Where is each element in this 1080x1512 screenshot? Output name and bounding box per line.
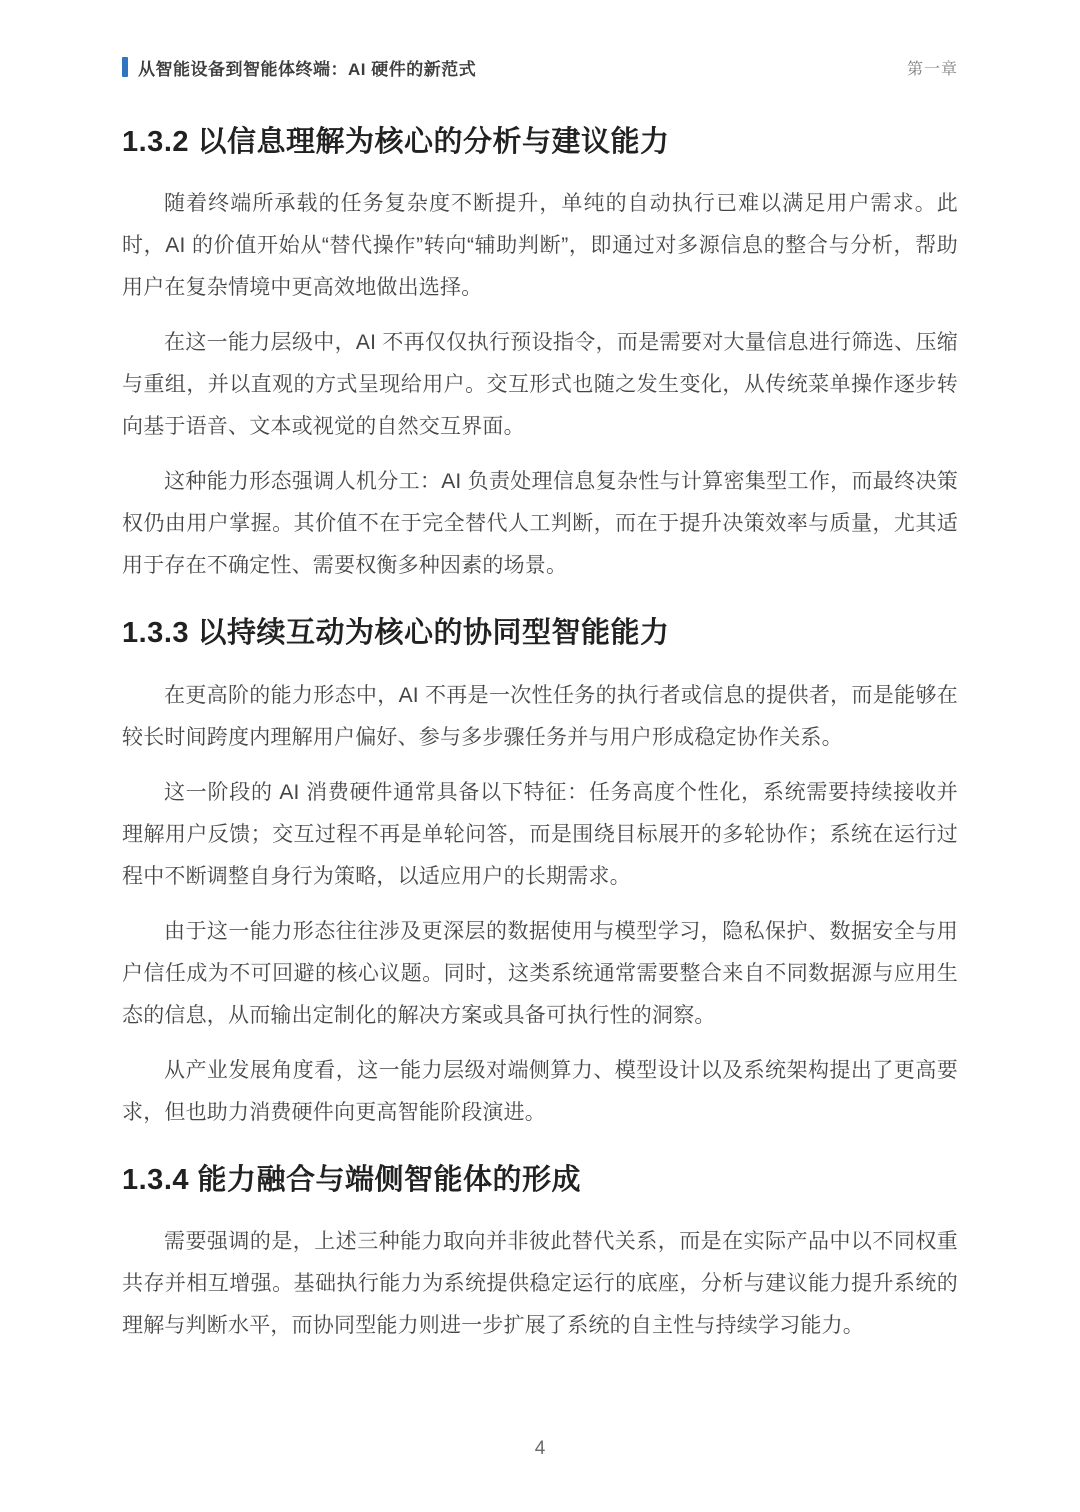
paragraph: 在更高阶的能力形态中，AI 不再是一次性任务的执行者或信息的提供者，而是能够在较… bbox=[122, 675, 958, 759]
paragraph: 由于这一能力形态往往涉及更深层的数据使用与模型学习，隐私保护、数据安全与用户信任… bbox=[122, 911, 958, 1037]
page-header: 从智能设备到智能体终端：AI 硬件的新范式 第一章 bbox=[122, 54, 958, 80]
paragraph: 需要强调的是，上述三种能力取向并非彼此替代关系，而是在实际产品中以不同权重共存并… bbox=[122, 1221, 958, 1347]
page-footer: 4 bbox=[122, 1438, 958, 1512]
document-page: 从智能设备到智能体终端：AI 硬件的新范式 第一章 1.3.2 以信息理解为核心… bbox=[0, 0, 1080, 1512]
accent-bar-icon bbox=[122, 57, 128, 77]
paragraph: 从产业发展角度看，这一能力层级对端侧算力、模型设计以及系统架构提出了更高要求，但… bbox=[122, 1050, 958, 1134]
chapter-label: 第一章 bbox=[907, 56, 958, 79]
page-number: 4 bbox=[535, 1438, 546, 1459]
section-heading-1-3-3: 1.3.3 以持续互动为核心的协同型智能能力 bbox=[122, 617, 958, 650]
header-running-title-group: 从智能设备到智能体终端：AI 硬件的新范式 bbox=[122, 55, 476, 80]
page-content: 1.3.2 以信息理解为核心的分析与建议能力 随着终端所承载的任务复杂度不断提升… bbox=[122, 80, 958, 1360]
running-title: 从智能设备到智能体终端：AI 硬件的新范式 bbox=[138, 55, 476, 80]
paragraph: 在这一能力层级中，AI 不再仅仅执行预设指令，而是需要对大量信息进行筛选、压缩与… bbox=[122, 322, 958, 448]
paragraph: 随着终端所承载的任务复杂度不断提升，单纯的自动执行已难以满足用户需求。此时，AI… bbox=[122, 183, 958, 309]
section-heading-1-3-4: 1.3.4 能力融合与端侧智能体的形成 bbox=[122, 1164, 958, 1197]
section-heading-1-3-2: 1.3.2 以信息理解为核心的分析与建议能力 bbox=[122, 126, 958, 159]
paragraph: 这一阶段的 AI 消费硬件通常具备以下特征：任务高度个性化，系统需要持续接收并理… bbox=[122, 772, 958, 898]
paragraph: 这种能力形态强调人机分工：AI 负责处理信息复杂性与计算密集型工作，而最终决策权… bbox=[122, 461, 958, 587]
